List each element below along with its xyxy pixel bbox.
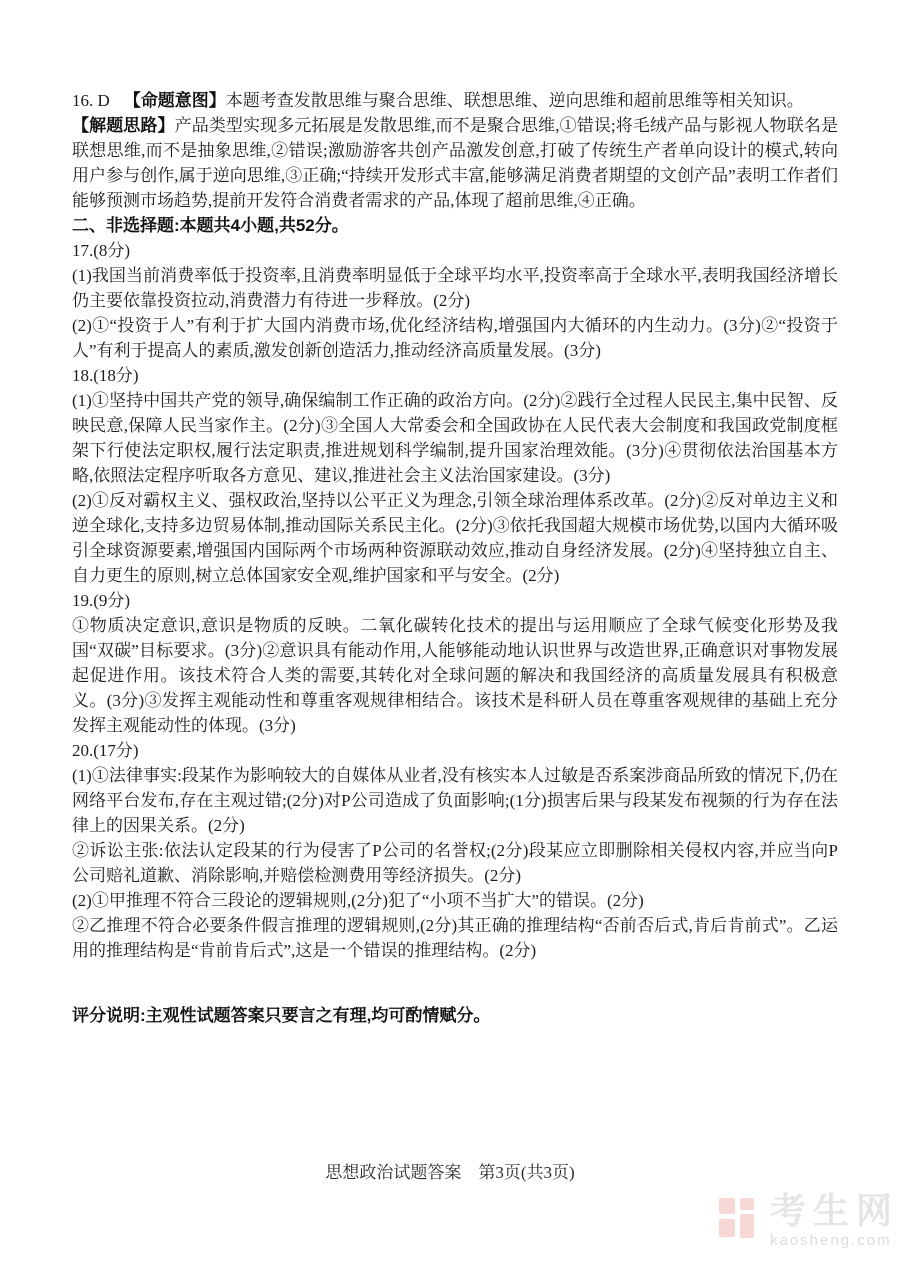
watermark-site-name: 考生网 <box>770 1190 899 1232</box>
q20-paragraph-4: ②乙推理不符合必要条件假言推理的逻辑规则,(2分)其正确的推理结构“否前否后式,… <box>72 913 838 963</box>
q18-paragraph-2: (2)①反对霸权主义、强权政治,坚持以公平正义为理念,引领全球治理体系改革。(2… <box>72 488 838 588</box>
question-20: 20.(17分) (1)①法律事实:段某作为影响较大的自媒体从业者,没有核实本人… <box>72 738 838 963</box>
q18-number: 18.(18分) <box>72 363 838 388</box>
q16-analysis-paragraph: 【解题思路】产品类型实现多元拓展是发散思维,而不是聚合思维,①错误;将毛绒产品与… <box>72 113 838 213</box>
logo-block <box>719 1219 735 1237</box>
question-17: 17.(8分) (1)我国当前消费率低于投资率,且消费率明显低于全球平均水平,投… <box>72 238 838 363</box>
q18-paragraph-1: (1)①坚持中国共产党的领导,确保编制工作正确的政治方向。(2分)②践行全过程人… <box>72 388 838 488</box>
logo-block <box>740 1198 754 1210</box>
page-footer: 思想政治试题答案 第3页(共3页) <box>0 1158 900 1183</box>
question-19: 19.(9分) ①物质决定意识,意识是物质的反映。二氧化碳转化技术的提出与运用顺… <box>72 588 838 738</box>
logo-block <box>719 1198 735 1214</box>
watermark-site-url: kaosheng.com <box>770 1232 899 1250</box>
q16-intent-text: 本题考查发散思维与聚合思维、联想思维、逆向思维和超前思维等相关知识。 <box>226 91 804 110</box>
q20-paragraph-1: (1)①法律事实:段某作为影响较大的自媒体从业者,没有核实本人过敏是否系案涉商品… <box>72 763 838 838</box>
q17-paragraph-1: (1)我国当前消费率低于投资率,且消费率明显低于全球平均水平,投资率高于全球水平… <box>72 263 838 313</box>
section2-header: 二、非选择题:本题共4小题,共52分。 <box>72 213 838 238</box>
answer-sheet-page: { "document": { "q16": { "number": "16. … <box>0 0 900 1263</box>
kaosheng-watermark: 考生网 kaosheng.com <box>716 1190 899 1254</box>
q20-number: 20.(17分) <box>72 738 838 763</box>
kaosheng-logo-icon <box>716 1190 758 1254</box>
q20-paragraph-2: ②诉讼主张:依法认定段某的行为侵害了P公司的名誉权;(2分)段某应立即删除相关侵… <box>72 838 838 888</box>
question-16: 16. D【命题意图】本题考查发散思维与聚合思维、联想思维、逆向思维和超前思维等… <box>72 88 838 213</box>
q16-analysis-label: 【解题思路】 <box>72 116 175 135</box>
document-body: 16. D【命题意图】本题考查发散思维与聚合思维、联想思维、逆向思维和超前思维等… <box>72 88 838 1028</box>
question-18: 18.(18分) (1)①坚持中国共产党的领导,确保编制工作正确的政治方向。(2… <box>72 363 838 588</box>
q20-paragraph-3: (2)①甲推理不符合三段论的逻辑规则,(2分)犯了“小项不当扩大”的错误。(2分… <box>72 888 838 913</box>
watermark-text: 考生网 kaosheng.com <box>770 1190 899 1250</box>
q16-number: 16. D <box>72 91 110 110</box>
q19-paragraph-1: ①物质决定意识,意识是物质的反映。二氧化碳转化技术的提出与运用顺应了全球气候变化… <box>72 613 838 738</box>
q16-intent-label: 【命题意图】 <box>124 91 226 110</box>
q17-paragraph-2: (2)①“投资于人”有利于扩大国内消费市场,优化经济结构,增强国内大循环的内生动… <box>72 313 838 363</box>
q17-number: 17.(8分) <box>72 238 838 263</box>
scoring-note: 评分说明:主观性试题答案只要言之有理,均可酌情赋分。 <box>72 1003 838 1028</box>
q16-answer-line: 16. D【命题意图】本题考查发散思维与聚合思维、联想思维、逆向思维和超前思维等… <box>72 88 838 113</box>
logo-block <box>740 1214 754 1238</box>
q19-number: 19.(9分) <box>72 588 838 613</box>
q16-analysis-text: 产品类型实现多元拓展是发散思维,而不是聚合思维,①错误;将毛绒产品与影视人物联名… <box>72 116 838 210</box>
